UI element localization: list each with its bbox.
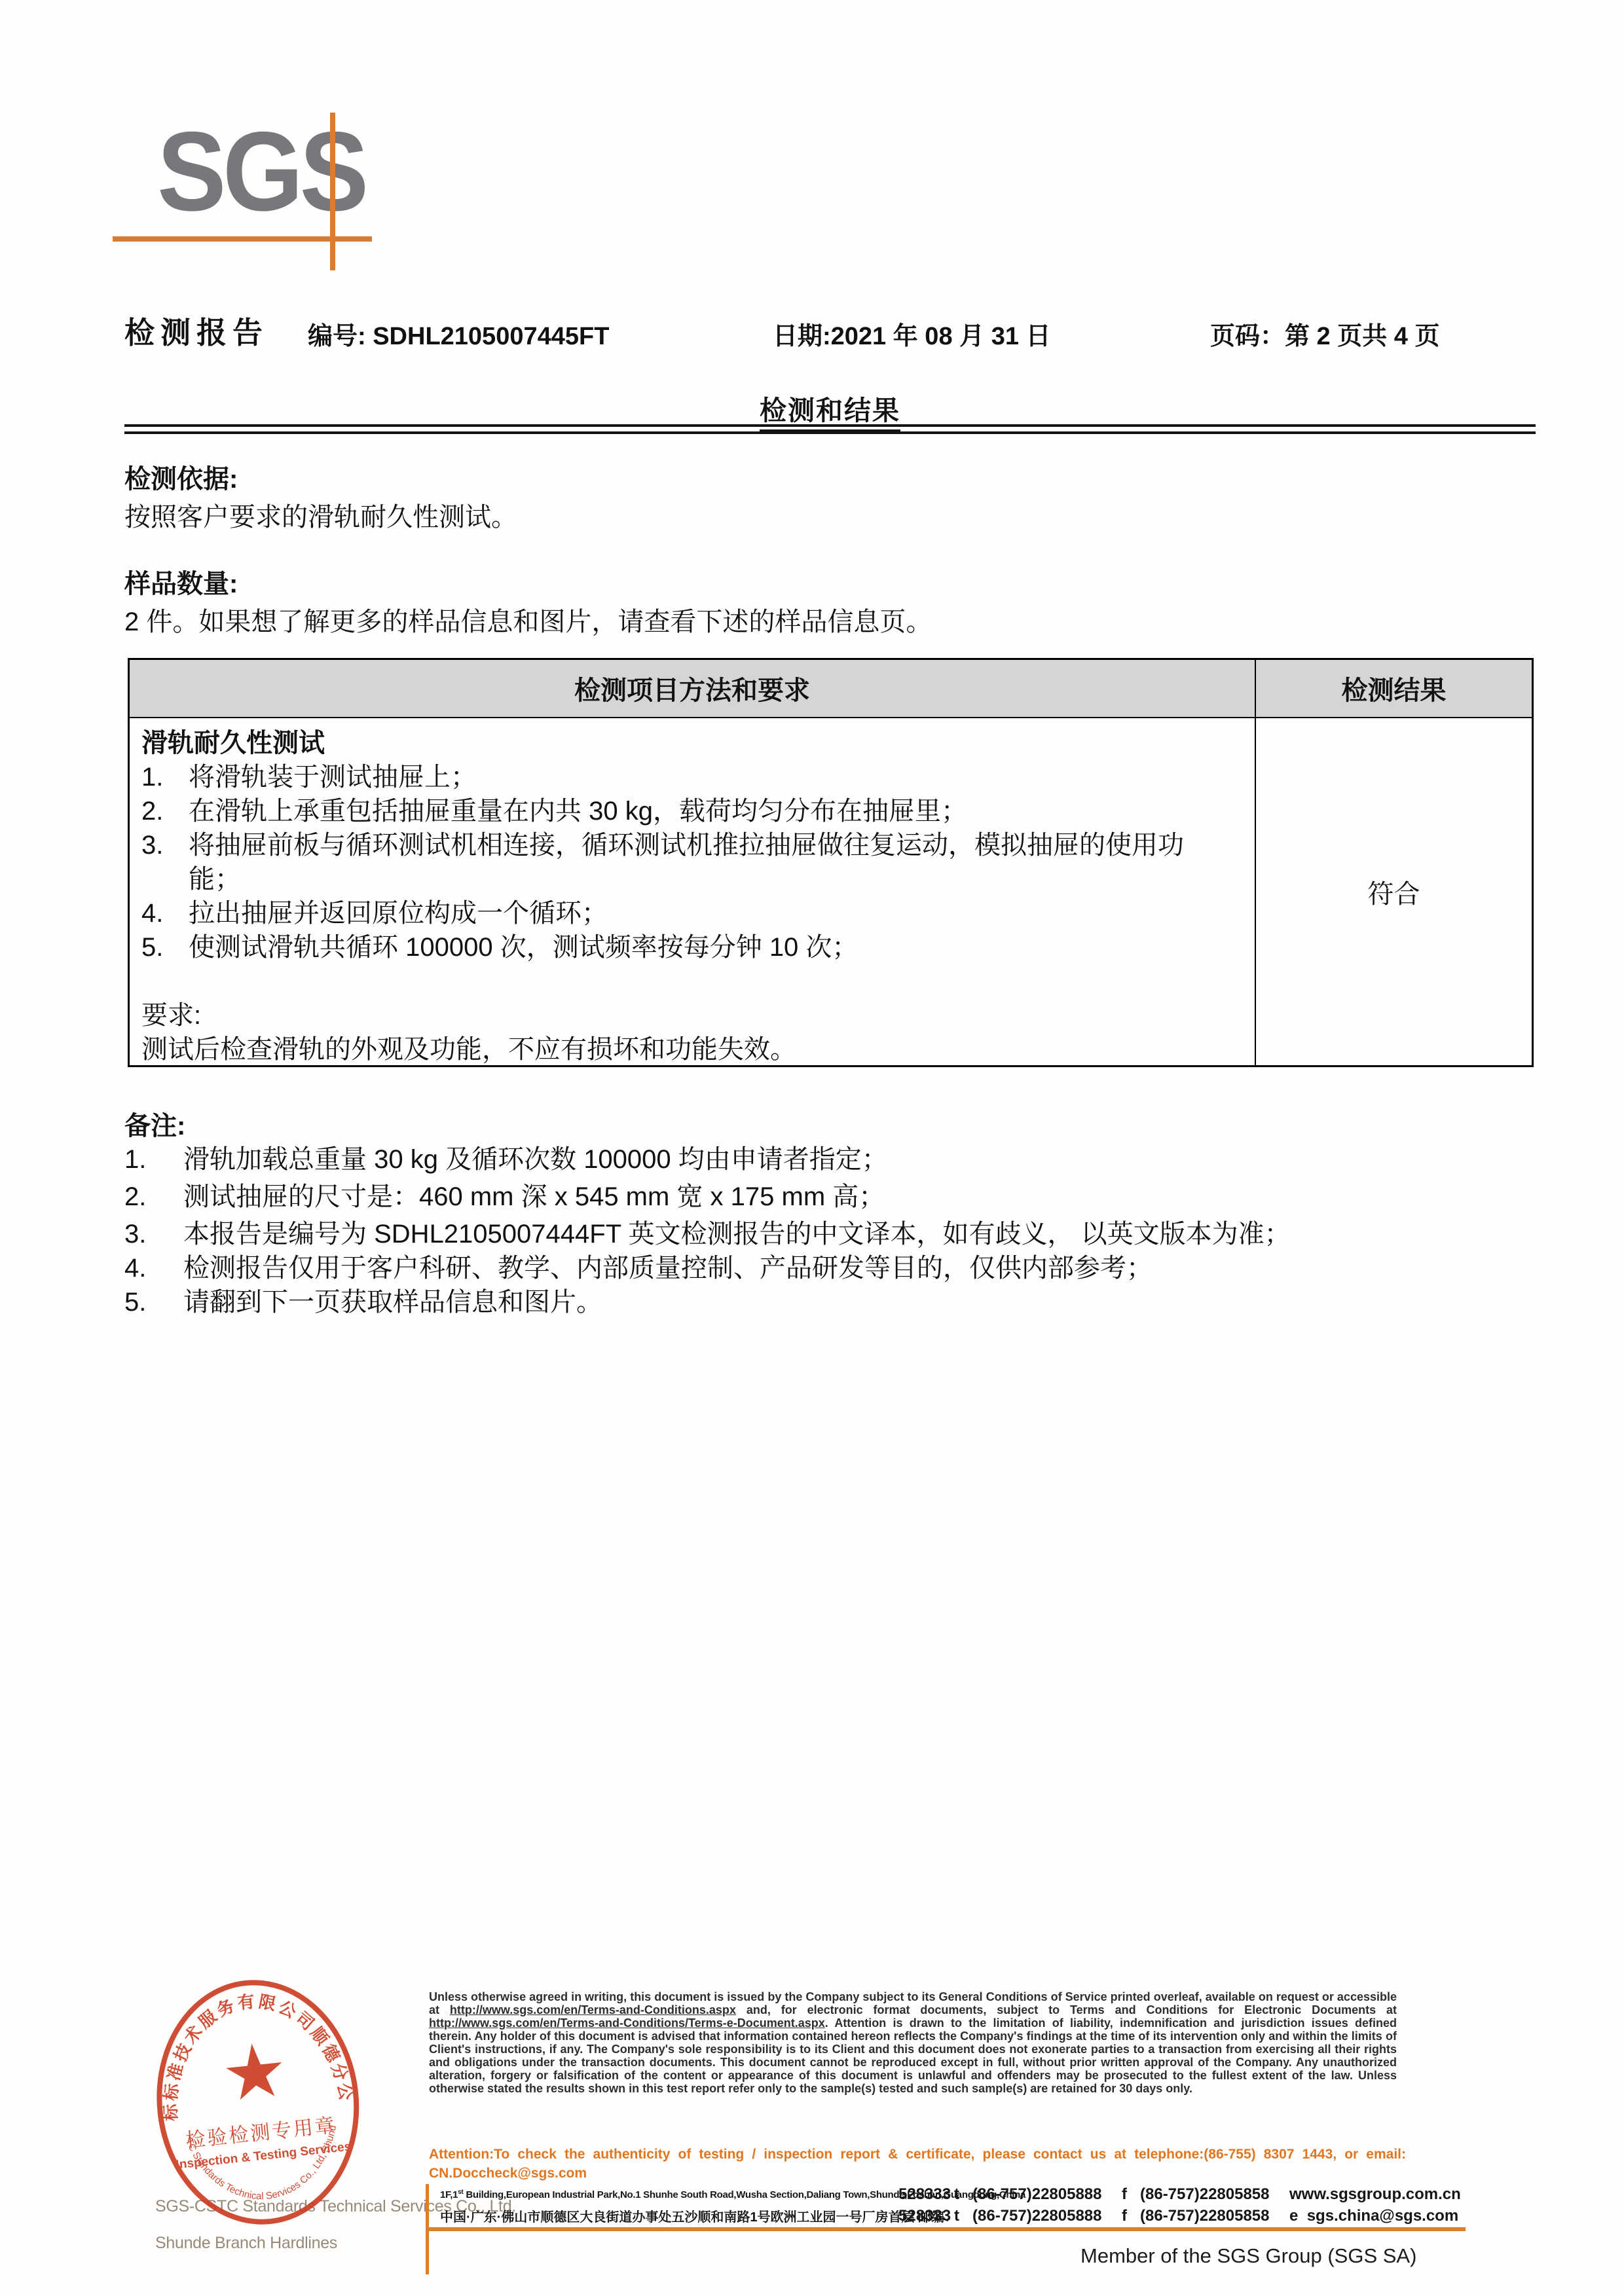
address-english: 1F,1st Building,European Industrial Park… [440,2189,898,2200]
table-header-row: 检测项目方法和要求 检测结果 [130,660,1532,718]
note-text: 本报告是编号为 SDHL2105007444FT 英文检测报告的中文译本，如有歧… [183,1218,1291,1250]
item-text: 在滑轨上承重包括抽屉重量在内共 30 kg，载荷均匀分布在抽屉里； [189,794,1228,828]
footer-horizontal-line [426,2227,1466,2231]
sample-quantity-heading: 样品数量: [124,563,238,600]
website-link[interactable]: www.sgsgroup.com.cn [1289,2185,1462,2204]
fax-label: f [1122,2185,1140,2204]
item-number: 1. [141,760,189,794]
test-basis-heading: 检测依据: [124,458,238,496]
table-row: 5. 使测试滑轨共循环 100000 次，测试频率按每分钟 10 次； [141,930,1228,964]
legal-disclaimer: Unless otherwise agreed in writing, this… [429,1990,1397,2095]
note-number: 4. [124,1252,183,1284]
email-link[interactable]: e sgs.china@sgs.com [1289,2207,1462,2225]
item-number: 2. [141,794,189,828]
note-number: 5. [124,1286,183,1318]
legal-text: and, for electronic format documents, su… [736,2003,1397,2016]
spacer [141,964,1228,998]
item-text: 使测试滑轨共循环 100000 次，测试频率按每分钟 10 次； [189,930,1228,964]
results-table: 检测项目方法和要求 检测结果 滑轨耐久性测试 1. 将滑轨装于测试抽屉上； 2.… [128,658,1534,1067]
address-block: 1F,1st Building,European Industrial Park… [440,2185,1462,2225]
list-item: 1. 滑轨加载总重量 30 kg 及循环次数 100000 均由申请者指定； [124,1144,888,1175]
note-text: 检测报告仅用于客户科研、教学、内部质量控制、产品研发等目的，仅供内部参考； [183,1252,1153,1284]
note-number: 1. [124,1144,183,1175]
page-number: 页码：第 2 页共 4 页 [1210,316,1440,352]
note-text: 请翻到下一页获取样品信息和图片。 [183,1286,602,1318]
tel-label: t [954,2185,972,2204]
postcode: 528333 [898,2207,954,2225]
fax-number: (86-757)22805858 [1140,2207,1289,2225]
method-cell: 滑轨耐久性测试 1. 将滑轨装于测试抽屉上； 2. 在滑轨上承重包括抽屉重量在内… [130,718,1256,1065]
item-text: 将滑轨装于测试抽屉上； [189,760,1228,794]
test-item-title: 滑轨耐久性测试 [141,726,1228,760]
list-item: 3. 本报告是编号为 SDHL2105007444FT 英文检测报告的中文译本，… [124,1218,1291,1250]
item-number: 5. [141,930,189,964]
report-number: 编号: SDHL2105007445FT [308,316,609,352]
table-row: 1. 将滑轨装于测试抽屉上； [141,760,1228,794]
table-row: 3. 将抽屉前板与循环测试机相连接，循环测试机推拉抽屉做往复运动，模拟抽屉的使用… [141,828,1228,896]
item-text: 拉出抽屉并返回原位构成一个循环； [189,896,1228,930]
report-title: 检测报告 [124,309,268,352]
tel-number: (86-757)22805888 [972,2185,1122,2204]
requirement-heading: 要求: [141,998,1228,1032]
notes-heading: 备注: [124,1105,185,1142]
fax-number: (86-757)22805858 [1140,2185,1289,2204]
test-basis-text: 按照客户要求的滑轨耐久性测试。 [124,496,517,534]
table-row: 2. 在滑轨上承重包括抽屉重量在内共 30 kg，载荷均匀分布在抽屉里； [141,794,1228,828]
column-header-result: 检测结果 [1256,660,1532,717]
tel-label: t [954,2207,972,2225]
note-text: 滑轨加载总重量 30 kg 及循环次数 100000 均由申请者指定； [183,1144,888,1175]
note-number: 3. [124,1218,183,1250]
postcode: 528333 [898,2185,954,2204]
logo-vertical-line [330,113,335,270]
list-item: 5. 请翻到下一页获取样品信息和图片。 [124,1286,602,1318]
result-cell: 符合 [1256,718,1532,1065]
column-header-method: 检测项目方法和要求 [130,660,1256,717]
fax-label: f [1122,2207,1140,2225]
red-star-icon [224,2041,286,2101]
terms-link[interactable]: http://www.sgs.com/en/Terms-and-Conditio… [450,2003,736,2016]
note-text: 测试抽屉的尺寸是：460 mm 深 x 545 mm 宽 x 175 mm 高； [183,1181,885,1212]
item-text: 将抽屉前板与循环测试机相连接，循环测试机推拉抽屉做往复运动，模拟抽屉的使用功能； [189,828,1228,896]
address-part: 1F,1 [440,2189,458,2200]
email-label: e [1289,2207,1298,2225]
table-body-row: 滑轨耐久性测试 1. 将滑轨装于测试抽屉上； 2. 在滑轨上承重包括抽屉重量在内… [130,718,1532,1065]
terms-e-document-link[interactable]: http://www.sgs.com/en/Terms-and-Conditio… [429,2016,825,2030]
header-double-rule [124,424,1536,434]
item-number: 4. [141,896,189,930]
email-address: sgs.china@sgs.com [1307,2207,1458,2225]
report-date: 日期:2021 年 08 月 31 日 [773,316,1051,352]
tel-number: (86-757)22805888 [972,2207,1122,2225]
sgs-member-line: Member of the SGS Group (SGS SA) [1080,2244,1396,2268]
note-number: 2. [124,1181,183,1212]
address-chinese: 中国·广东·佛山市顺德区大良街道办事处五沙顺和南路1号欧洲工业园一号厂房首层 邮… [440,2206,898,2225]
list-item: 2. 测试抽屉的尺寸是：460 mm 深 x 545 mm 宽 x 175 mm… [124,1181,885,1212]
table-row: 4. 拉出抽屉并返回原位构成一个循环； [141,896,1228,930]
report-page: SGS 检测报告 编号: SDHL2105007445FT 日期:2021 年 … [0,0,1624,2296]
inspection-stamp: 通标标准技术服务有限公司顺德分公司 SGS-CSTC Standards Tec… [139,1965,377,2242]
sample-quantity-text: 2 件。如果想了解更多的样品信息和图片，请查看下述的样品信息页。 [124,601,932,638]
attention-notice: Attention:To check the authenticity of t… [429,2145,1406,2183]
list-item: 4. 检测报告仅用于客户科研、教学、内部质量控制、产品研发等目的，仅供内部参考； [124,1252,1153,1284]
requirement-text: 测试后检查滑轨的外观及功能，不应有损坏和功能失效。 [141,1032,1228,1066]
item-number: 3. [141,828,189,896]
